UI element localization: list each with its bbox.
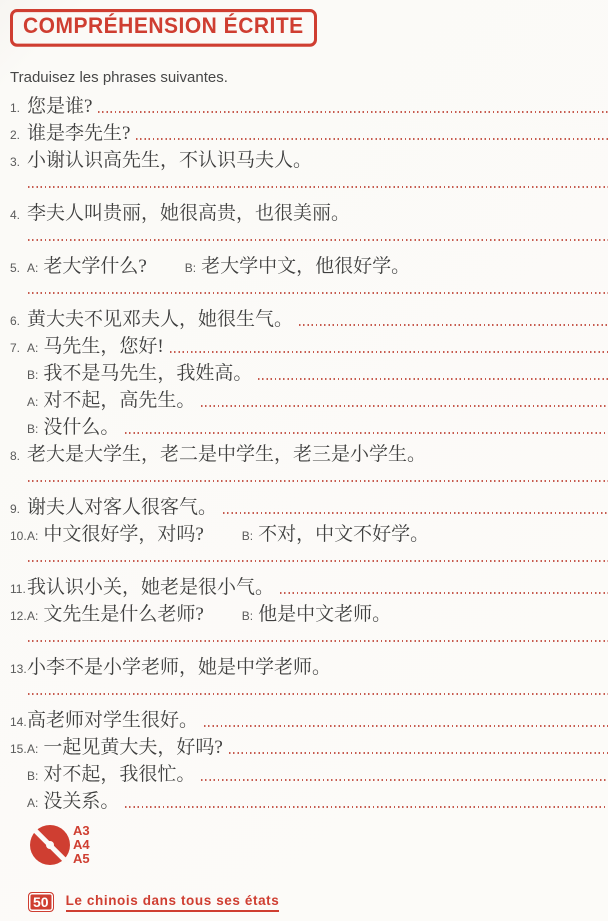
chinese-text: 高老师对学生很好。	[27, 710, 198, 731]
dialogue-part: B:老大学中文，他很好学。	[185, 253, 410, 282]
exercise-rows: 1.您是谁?2.谁是李先生?3.小谢认识高先生，不认识马夫人。4.李夫人叫贵丽，…	[10, 93, 608, 815]
exercise-line: B:对不起，我很忙。	[10, 761, 608, 788]
dialogue-part: A:老大学什么?	[27, 253, 147, 282]
audio-track-label: A3	[73, 824, 90, 838]
dotted-answer-line	[28, 560, 608, 562]
chinese-text: 对不起，高先生。	[43, 390, 195, 411]
chinese-text: 马先生，您好!	[43, 336, 163, 357]
exercise-line: 11.我认识小关，她老是很小气。	[10, 574, 608, 601]
dialogue-part: 我认识小关，她老是很小气。	[27, 574, 274, 601]
dotted-leader	[98, 111, 608, 113]
line-number: 3.	[10, 149, 27, 176]
exercise-line: 3.小谢认识高先生，不认识马夫人。	[10, 147, 608, 174]
book-title: Le chinois dans tous ses états	[66, 893, 280, 912]
chinese-text: 他是中文老师。	[258, 604, 391, 625]
dotted-answer-line	[28, 640, 608, 642]
chinese-text: 一起见黄大夫，好吗?	[43, 737, 222, 758]
line-number: 5.	[10, 255, 27, 282]
chinese-text: 您是谁?	[27, 96, 92, 117]
speaker-label: A:	[27, 742, 38, 756]
chinese-text: 老大学什么?	[43, 256, 146, 277]
dialogue-part: 高老师对学生很好。	[27, 707, 198, 734]
dotted-leader	[223, 512, 608, 514]
exercise-line: 1.您是谁?	[10, 93, 608, 120]
cd-icon	[30, 825, 70, 865]
exercise-line: 4.李夫人叫贵丽，她很高贵，也很美丽。	[10, 200, 608, 227]
dotted-leader	[204, 725, 608, 727]
speaker-label: A:	[27, 796, 38, 810]
line-number: 14.	[10, 709, 27, 736]
line-number: 9.	[10, 496, 27, 523]
dialogue-part: 谢夫人对客人很客气。	[27, 494, 217, 521]
audio-track-label: A4	[73, 838, 90, 852]
exercise-line: 5.A:老大学什么?B:老大学中文，他很好学。	[10, 253, 608, 280]
dotted-leader	[280, 592, 608, 594]
dialogue-part: A:对不起，高先生。	[27, 387, 195, 416]
line-number: 2.	[10, 122, 27, 149]
exercise-line: B:没什么。	[10, 414, 608, 441]
exercise-line: 12.A:文先生是什么老师?B:他是中文老师。	[10, 601, 608, 628]
page: COMPRÉHENSION ÉCRITE Traduisez les phras…	[0, 0, 608, 866]
dialogue-part: A:一起见黄大夫，好吗?	[27, 734, 223, 763]
exercise-line: A:没关系。	[10, 788, 608, 815]
speaker-label: B:	[185, 261, 196, 275]
speaker-label: B:	[27, 368, 38, 382]
dotted-leader	[136, 138, 608, 140]
page-number-badge: 50	[28, 892, 54, 912]
dialogue-part: A:没关系。	[27, 788, 119, 817]
speaker-label: B:	[27, 422, 38, 436]
chinese-text: 李夫人叫贵丽，她很高贵，也很美丽。	[27, 203, 350, 224]
exercise-line: 13.小李不是小学老师，她是中学老师。	[10, 654, 608, 681]
dialogue-part: 李夫人叫贵丽，她很高贵，也很美丽。	[27, 200, 350, 227]
dialogue-part: 黄大夫不见邓夫人，她很生气。	[27, 306, 293, 333]
dialogue-part: B:没什么。	[27, 414, 119, 443]
line-number: 12.	[10, 603, 27, 630]
dotted-leader	[201, 779, 608, 781]
audio-reference: A3 A4 A5	[30, 825, 608, 866]
line-number: 15.	[10, 736, 27, 763]
exercise-line: 2.谁是李先生?	[10, 120, 608, 147]
section-header-stamp: COMPRÉHENSION ÉCRITE	[10, 9, 317, 47]
dialogue-part: B:对不起，我很忙。	[27, 761, 195, 790]
dotted-leader	[299, 324, 608, 326]
speaker-label: A:	[27, 395, 38, 409]
dotted-leader	[125, 806, 608, 808]
chinese-text: 老大是大学生，老二是中学生，老三是小学生。	[27, 444, 426, 465]
line-number: 8.	[10, 443, 27, 470]
dialogue-part: B:不对，中文不好学。	[242, 521, 429, 550]
exercise-line: A:对不起，高先生。	[10, 387, 608, 414]
speaker-label: A:	[27, 261, 38, 275]
dialogue-part: 小谢认识高先生，不认识马夫人。	[27, 147, 312, 174]
speaker-label: B:	[242, 609, 253, 623]
chinese-text: 中文很好学，对吗?	[43, 524, 203, 545]
dotted-leader	[258, 378, 608, 380]
chinese-text: 小李不是小学老师，她是中学老师。	[27, 657, 331, 678]
audio-track-list: A3 A4 A5	[73, 824, 90, 866]
line-number: 6.	[10, 308, 27, 335]
dotted-leader	[125, 432, 608, 434]
exercise-line: 7.A:马先生，您好!	[10, 333, 608, 360]
exercise-line: 14.高老师对学生很好。	[10, 707, 608, 734]
dialogue-part: 谁是李先生?	[27, 120, 130, 147]
dialogue-part: A:文先生是什么老师?	[27, 601, 204, 630]
chinese-text: 小谢认识高先生，不认识马夫人。	[27, 150, 312, 171]
dotted-answer-line	[28, 480, 608, 482]
exercise-instruction: Traduisez les phrases suivantes.	[10, 69, 608, 86]
line-number: 4.	[10, 202, 27, 229]
dotted-answer-line	[28, 693, 608, 695]
exercise-line: 9.谢夫人对客人很客气。	[10, 494, 608, 521]
chinese-text: 文先生是什么老师?	[43, 604, 203, 625]
exercise-line: 10.A:中文很好学，对吗?B:不对，中文不好学。	[10, 521, 608, 548]
dotted-leader	[229, 752, 608, 754]
line-number: 11.	[10, 576, 27, 603]
dialogue-part: A:马先生，您好!	[27, 333, 164, 362]
dialogue-part: A:中文很好学，对吗?	[27, 521, 204, 550]
dotted-answer-line	[28, 186, 608, 188]
page-footer: 50 Le chinois dans tous ses états	[28, 892, 279, 912]
line-number: 10.	[10, 523, 27, 550]
dialogue-part: 小李不是小学老师，她是中学老师。	[27, 654, 331, 681]
chinese-text: 没什么。	[43, 417, 119, 438]
dotted-answer-line	[28, 292, 608, 294]
dotted-leader	[170, 351, 608, 353]
line-number: 7.	[10, 335, 27, 362]
line-number: 1.	[10, 95, 27, 122]
dialogue-part: 您是谁?	[27, 93, 92, 120]
exercise-line: 8.老大是大学生，老二是中学生，老三是小学生。	[10, 441, 608, 468]
chinese-text: 谢夫人对客人很客气。	[27, 497, 217, 518]
dialogue-part: B:他是中文老师。	[242, 601, 391, 630]
exercise-line: B:我不是马先生，我姓高。	[10, 360, 608, 387]
speaker-label: A:	[27, 341, 38, 355]
speaker-label: B:	[27, 769, 38, 783]
audio-track-label: A5	[73, 852, 90, 866]
chinese-text: 我认识小关，她老是很小气。	[27, 577, 274, 598]
chinese-text: 对不起，我很忙。	[43, 764, 195, 785]
speaker-label: A:	[27, 529, 38, 543]
exercise-line: 15.A:一起见黄大夫，好吗?	[10, 734, 608, 761]
dialogue-part: 老大是大学生，老二是中学生，老三是小学生。	[27, 441, 426, 468]
chinese-text: 没关系。	[43, 791, 119, 812]
dotted-leader	[201, 405, 608, 407]
chinese-text: 我不是马先生，我姓高。	[43, 363, 252, 384]
chinese-text: 黄大夫不见邓夫人，她很生气。	[27, 309, 293, 330]
speaker-label: B:	[242, 529, 253, 543]
chinese-text: 不对，中文不好学。	[258, 524, 429, 545]
dialogue-part: B:我不是马先生，我姓高。	[27, 360, 252, 389]
exercise-line: 6.黄大夫不见邓夫人，她很生气。	[10, 306, 608, 333]
chinese-text: 谁是李先生?	[27, 123, 130, 144]
chinese-text: 老大学中文，他很好学。	[201, 256, 410, 277]
line-number: 13.	[10, 656, 27, 683]
speaker-label: A:	[27, 609, 38, 623]
dotted-answer-line	[28, 239, 608, 241]
